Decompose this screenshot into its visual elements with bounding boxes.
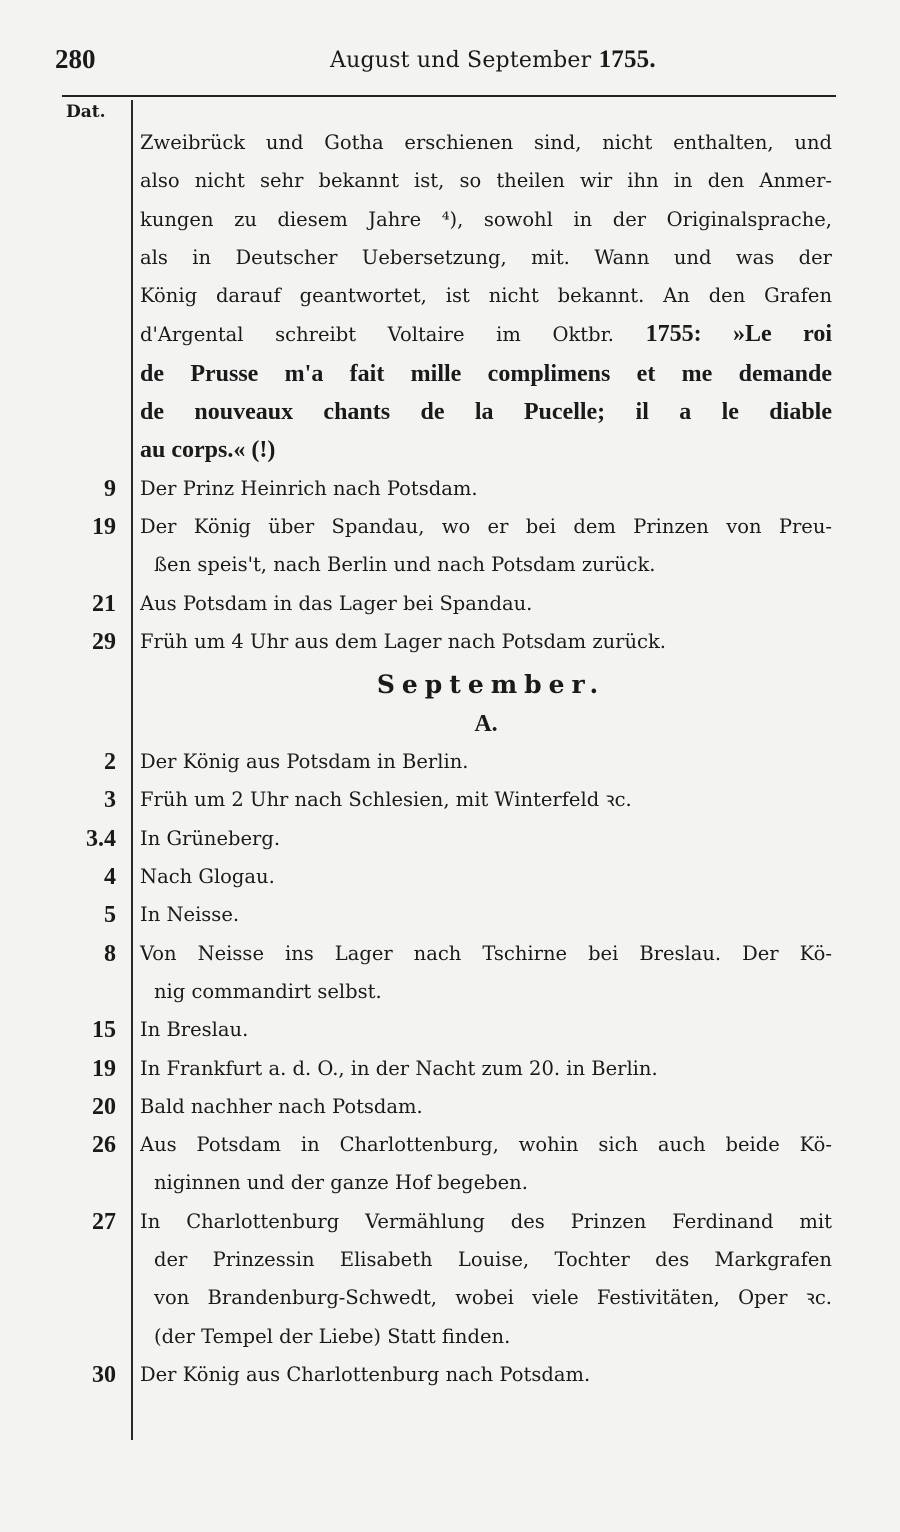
entry-line: nig commandirt selbst. [140, 973, 832, 1011]
text-line: Zweibrück und Gotha erschienen sind, nic… [140, 124, 832, 162]
entry-date: 20 [60, 1088, 140, 1126]
entry-row: 9 Der Prinz Heinrich nach Potsdam. [60, 470, 832, 508]
entry-date: 3.4 [60, 820, 140, 858]
entry-text: Von Neisse ins Lager nach Tschirne bei B… [140, 935, 832, 1012]
page-body: Zweibrück und Gotha erschienen sind, nic… [60, 124, 832, 1394]
text-line: also nicht sehr bekannt ist, so theilen … [140, 162, 832, 200]
entry-text: Der König aus Potsdam in Berlin. [140, 743, 832, 781]
entry-row: 20 Bald nachher nach Potsdam. [60, 1088, 832, 1126]
entry-row: 15 In Breslau. [60, 1011, 832, 1049]
text-line: kungen zu diesem Jahre ⁴), sowohl in der… [140, 201, 832, 239]
entry-line: Bald nachher nach Potsdam. [140, 1088, 832, 1126]
entry-date: 21 [60, 585, 140, 623]
entry-text: Aus Potsdam in das Lager bei Spandau. [140, 585, 832, 623]
entry-line: Der König über Spandau, wo er bei dem Pr… [140, 508, 832, 546]
text-line: als in Deutscher Uebersetzung, mit. Wann… [140, 239, 832, 277]
entry-line: In Neisse. [140, 896, 832, 934]
continuation-paragraph: Zweibrück und Gotha erschienen sind, nic… [60, 124, 832, 470]
entry-row: 19 In Frankfurt a. d. O., in der Nacht z… [60, 1050, 832, 1088]
french-line: de nouveaux chants de la Pucelle; il a l… [140, 393, 832, 431]
entry-row: 2 Der König aus Potsdam in Berlin. [60, 743, 832, 781]
entry-text: Bald nachher nach Potsdam. [140, 1088, 832, 1126]
entry-text: In Charlottenburg Vermählung des Prinzen… [140, 1203, 832, 1356]
text-line-prefix: d'Argental schreibt Voltaire im Oktbr. [140, 323, 614, 346]
entry-date: 5 [60, 896, 140, 934]
entry-date: 19 [60, 1050, 140, 1088]
entry-line: Früh um 4 Uhr aus dem Lager nach Potsdam… [140, 623, 832, 661]
entry-line: In Breslau. [140, 1011, 832, 1049]
entry-text: Früh um 2 Uhr nach Schlesien, mit Winter… [140, 781, 832, 819]
entry-row: 3 Früh um 2 Uhr nach Schlesien, mit Wint… [60, 781, 832, 819]
entry-text: Früh um 4 Uhr aus dem Lager nach Potsdam… [140, 623, 832, 661]
entry-date: 15 [60, 1011, 140, 1049]
entry-line: In Frankfurt a. d. O., in der Nacht zum … [140, 1050, 832, 1088]
entry-line: niginnen und der ganze Hof begeben. [140, 1164, 832, 1202]
empty-date [60, 124, 140, 470]
entry-row: 5 In Neisse. [60, 896, 832, 934]
entry-date: 8 [60, 935, 140, 1012]
french-line: de Prusse m'a fait mille complimens et m… [140, 355, 832, 393]
entry-line: Aus Potsdam in Charlottenburg, wohin sic… [140, 1126, 832, 1164]
entry-line: ßen speis't, nach Berlin und nach Potsda… [140, 546, 832, 584]
entry-date: 2 [60, 743, 140, 781]
entry-line: der Prinzessin Elisabeth Louise, Tochter… [140, 1241, 832, 1279]
text-line: d'Argental schreibt Voltaire im Oktbr. 1… [140, 315, 832, 354]
entry-date: 19 [60, 508, 140, 585]
entry-row: 8 Von Neisse ins Lager nach Tschirne bei… [60, 935, 832, 1012]
entry-line: Von Neisse ins Lager nach Tschirne bei B… [140, 935, 832, 973]
entry-line: Früh um 2 Uhr nach Schlesien, mit Winter… [140, 781, 832, 819]
running-title-text: August und September [330, 48, 591, 73]
section-subtitle: A. [60, 705, 832, 743]
entry-date: 9 [60, 470, 140, 508]
entry-row: 29 Früh um 4 Uhr aus dem Lager nach Pots… [60, 623, 832, 661]
entry-text: In Neisse. [140, 896, 832, 934]
header-rule [62, 95, 836, 97]
entry-row: 30 Der König aus Charlottenburg nach Pot… [60, 1356, 832, 1394]
french-quote-start: 1755: »Le roi [646, 321, 832, 347]
entry-line: Aus Potsdam in das Lager bei Spandau. [140, 585, 832, 623]
paragraph-text: Zweibrück und Gotha erschienen sind, nic… [140, 124, 832, 470]
entry-line: In Grüneberg. [140, 820, 832, 858]
page-header: 280 August und September 1755. [55, 44, 835, 84]
entry-row: 21 Aus Potsdam in das Lager bei Spandau. [60, 585, 832, 623]
running-title: August und September 1755. [330, 46, 656, 74]
entry-date: 27 [60, 1203, 140, 1356]
date-column-label: Dat. [66, 102, 106, 122]
entry-text: Aus Potsdam in Charlottenburg, wohin sic… [140, 1126, 832, 1203]
entry-date: 3 [60, 781, 140, 819]
section-title: September. [60, 665, 832, 705]
entry-text: In Breslau. [140, 1011, 832, 1049]
entry-text: Nach Glogau. [140, 858, 832, 896]
running-title-year: 1755. [599, 46, 656, 73]
entry-date: 30 [60, 1356, 140, 1394]
entry-row: 19 Der König über Spandau, wo er bei dem… [60, 508, 832, 585]
entry-row: 4 Nach Glogau. [60, 858, 832, 896]
entry-date: 26 [60, 1126, 140, 1203]
entry-line: (der Tempel der Liebe) Statt finden. [140, 1318, 832, 1356]
entry-date: 4 [60, 858, 140, 896]
entry-text: Der König über Spandau, wo er bei dem Pr… [140, 508, 832, 585]
entry-row: 26 Aus Potsdam in Charlottenburg, wohin … [60, 1126, 832, 1203]
entry-text: In Grüneberg. [140, 820, 832, 858]
entry-text: In Frankfurt a. d. O., in der Nacht zum … [140, 1050, 832, 1088]
entry-line: Nach Glogau. [140, 858, 832, 896]
page-number: 280 [55, 44, 96, 75]
entry-line: Der Prinz Heinrich nach Potsdam. [140, 470, 832, 508]
entry-line: In Charlottenburg Vermählung des Prinzen… [140, 1203, 832, 1241]
entry-date: 29 [60, 623, 140, 661]
entry-line: Der König aus Charlottenburg nach Potsda… [140, 1356, 832, 1394]
entry-text: Der Prinz Heinrich nach Potsdam. [140, 470, 832, 508]
entry-line: Der König aus Potsdam in Berlin. [140, 743, 832, 781]
text-line: König darauf geantwortet, ist nicht beka… [140, 277, 832, 315]
entry-row: 27 In Charlottenburg Vermählung des Prin… [60, 1203, 832, 1356]
entry-row: 3.4 In Grüneberg. [60, 820, 832, 858]
entry-line: von Brandenburg-Schwedt, wobei viele Fes… [140, 1279, 832, 1317]
french-line: au corps.« (!) [140, 431, 832, 469]
entry-text: Der König aus Charlottenburg nach Potsda… [140, 1356, 832, 1394]
